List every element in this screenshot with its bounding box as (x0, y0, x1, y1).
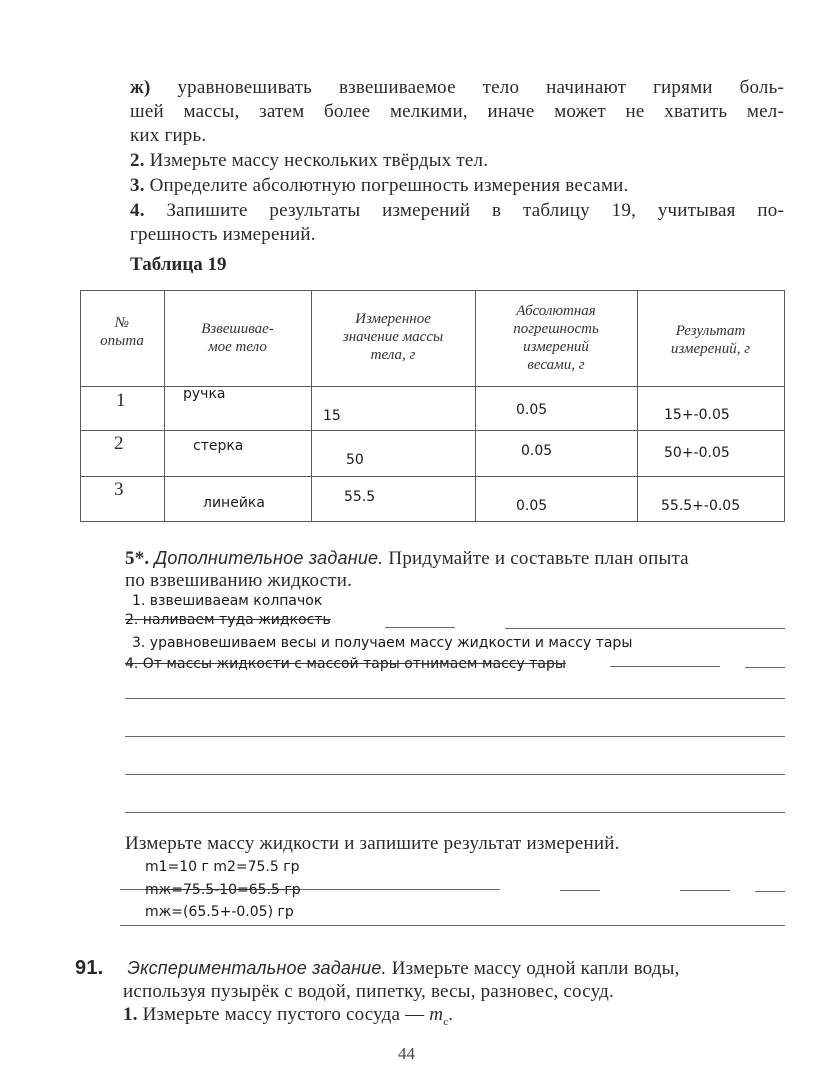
measure-prompt: Измерьте массу жидкости и запишите резул… (125, 832, 620, 856)
row-number: 1 (116, 390, 126, 412)
item-letter: ж) (130, 77, 151, 98)
step-4-cont: грешность измерений. (130, 223, 316, 247)
intro-text: ких гирь. (130, 125, 206, 146)
cell-result: 50+-0.05 (664, 445, 730, 461)
task-number: 91. (75, 957, 103, 979)
task-5-line-2: по взвешиванию жидкости. (125, 569, 352, 593)
step-number: 1. (123, 1004, 138, 1025)
mass-variable: m (429, 1004, 443, 1025)
plan-item-1: 1. взвешиваеам колпачок (132, 592, 322, 610)
cell-result: 15+-0.05 (664, 407, 730, 423)
cell-error: 0.05 (516, 498, 547, 514)
step-4: 4. Запишите результаты измерений в табли… (130, 199, 784, 223)
cell-result: 55.5+-0.05 (661, 498, 740, 514)
step-2: 2. Измерьте массу нескольких твёрдых тел… (130, 149, 488, 173)
intro-text: уравновешивать взвешиваемое тело начинаю… (151, 77, 784, 98)
task-91-line-1: 91.Экспериментальное задание. Измерьте м… (75, 956, 785, 981)
task-91-step-1: 1. Измерьте массу пустого сосуда — mс. (123, 1003, 453, 1034)
task-5-line-1: 5*. Дополнительное задание. Придумайте и… (125, 546, 785, 571)
measure-answer-3: mж=(65.5+-0.05) гр (145, 903, 294, 921)
step-text-end: . (448, 1004, 453, 1025)
table-19: № опыта Взвешивае- мое тело Измеренное з… (80, 290, 785, 522)
row-number: 2 (114, 433, 124, 455)
step-3: 3. Определите абсолютную погрешность изм… (130, 174, 628, 198)
measure-answer-2: mж=75.5-10=65.5 гр (145, 881, 301, 899)
cell-error: 0.05 (521, 443, 552, 459)
task-label: 5*. (125, 548, 149, 569)
plan-item-2: 2. наливаем туда жидкость (125, 611, 331, 629)
plan-item-4: 4. От массы жидкости с массой тары отним… (125, 655, 566, 673)
plan-item-3: 3. уравновешиваем весы и получаем массу … (132, 634, 632, 652)
measure-answer-1: m1=10 г m2=75.5 гр (145, 858, 300, 876)
cell-mass: 55.5 (344, 489, 375, 505)
task-91-line-2: используя пузырёк с водой, пипетку, весы… (123, 980, 614, 1004)
intro-text: шей массы, затем более мелкими, иначе мо… (130, 101, 784, 122)
header-weighed-body: Взвешивае- мое тело (164, 320, 311, 356)
header-experiment-number: № опыта (80, 314, 164, 350)
task-italic-title: Дополнительное задание. (149, 548, 383, 568)
task-text: Измерьте массу одной капли воды, (387, 958, 680, 979)
task-italic-title: Экспериментальное задание. (127, 958, 386, 978)
header-result: Результат измерений, г (637, 322, 784, 358)
cell-error: 0.05 (516, 402, 547, 418)
step-text: Измерьте массу пустого сосуда — (138, 1004, 430, 1025)
step-number: 3. (130, 175, 145, 196)
step-number: 4. (130, 200, 145, 221)
step-text: грешность измерений. (130, 224, 316, 245)
step-text: Измерьте массу нескольких твёрдых тел. (145, 150, 489, 171)
step-text: Запишите результаты измерений в таблицу … (145, 200, 784, 221)
header-measured-mass: Измеренное значение массы тела, г (311, 310, 475, 364)
page-number: 44 (398, 1044, 415, 1064)
cell-mass: 50 (346, 452, 364, 468)
header-absolute-error: Абсолютная погрешность измерений весами,… (475, 302, 637, 374)
cell-body: линейка (203, 495, 265, 511)
cell-body: стерка (193, 438, 243, 454)
table-title: Таблица 19 (130, 254, 227, 276)
cell-body: ручка (183, 386, 225, 402)
intro-line-1: ж) уравновешивать взвешиваемое тело начи… (130, 76, 784, 100)
row-number: 3 (114, 479, 124, 501)
step-number: 2. (130, 150, 145, 171)
cell-mass: 15 (323, 408, 341, 424)
intro-line-3: ких гирь. (130, 124, 206, 148)
step-text: Определите абсолютную погрешность измере… (145, 175, 629, 196)
task-text: Придумайте и составьте план опыта (383, 548, 688, 569)
intro-line-2: шей массы, затем более мелкими, иначе мо… (130, 100, 784, 124)
